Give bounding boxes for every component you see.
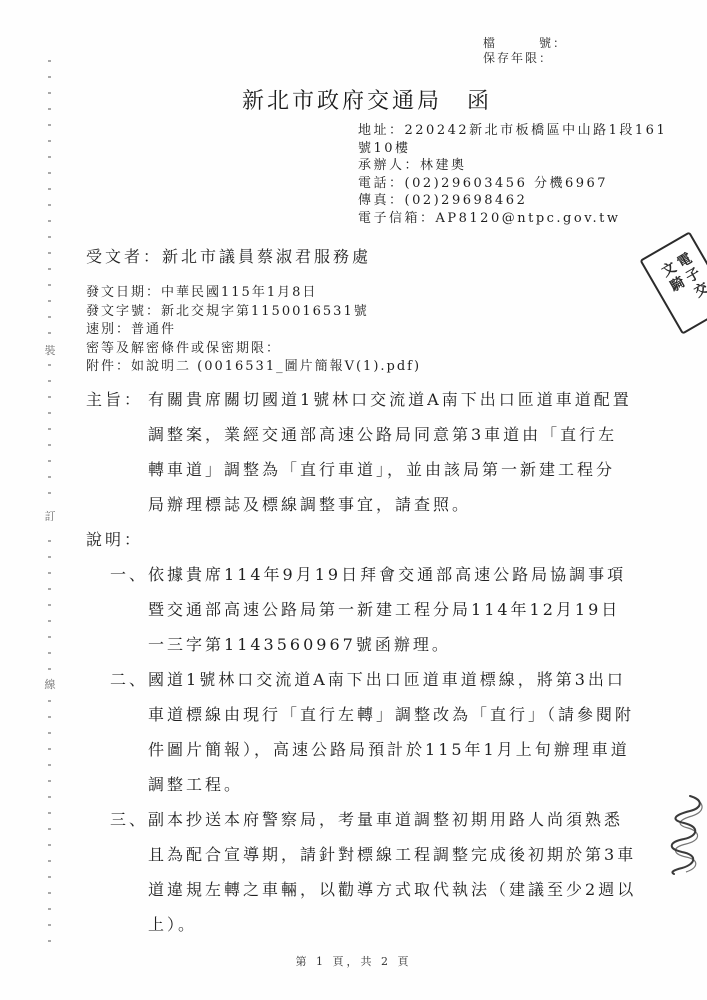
file-number-label: 檔 號： [483, 36, 567, 51]
description-item-2: 二、 國道1號林口交流道A南下出口匝道車道標線，將第3出口車道標線由現行「直行左… [86, 662, 666, 802]
retention-period-label: 保存年限： [483, 51, 567, 66]
issuance-meta: 發文日期：中華民國115年1月8日 發文字號：新北交規字第1150016531號… [86, 284, 421, 377]
doc-number-line: 發文字號：新北交規字第1150016531號 [86, 303, 421, 322]
sender-info: 地址：220242新北市板橋區中山路1段161 號10樓 承辦人：林建奧 電話：… [358, 122, 667, 227]
exchange-stamp-text: 電子交文騎 [656, 250, 707, 316]
item-text: 依據貴席114年9月19日拜會交通部高速公路局協調事項暨交通部高速公路局第一新建… [148, 557, 638, 662]
subject-text: 有關貴席關切國道1號林口交流道A南下出口匝道車道配置調整案，業經交通部高速公路局… [148, 382, 633, 522]
binding-mark-xian: 線 [42, 676, 58, 694]
sender-address-line2: 號10樓 [358, 140, 667, 158]
description-item-1: 一、 依據貴席114年9月19日拜會交通部高速公路局協調事項暨交通部高速公路局第… [86, 557, 666, 662]
sender-phone: 電話：(02)29603456 分機6967 [358, 175, 667, 193]
item-number: 一、 [110, 557, 148, 592]
attachment-line: 附件：如說明二 (0016531_圖片簡報V(1).pdf) [86, 358, 421, 377]
electronic-exchange-stamp-icon: 電子交文騎 [639, 231, 707, 334]
item-number: 三、 [110, 802, 148, 837]
item-number: 二、 [110, 662, 148, 697]
sender-contact-person: 承辦人：林建奧 [358, 157, 667, 175]
document-title: 新北市政府交通局 函 [242, 84, 492, 115]
subject-label: 主旨： [86, 382, 148, 417]
document-page: 裝 訂 線 檔 號： 保存年限： 新北市政府交通局 函 地址：220242新北市… [0, 0, 707, 1000]
recipient-line: 受文者：新北市議員蔡淑君服務處 [86, 244, 371, 267]
item-text: 國道1號林口交流道A南下出口匝道車道標線，將第3出口車道標線由現行「直行左轉」調… [148, 662, 638, 802]
item-text: 副本抄送本府警察局，考量車道調整初期用路人尚須熟悉且為配合宣導期，請針對標線工程… [148, 802, 638, 942]
archive-labels: 檔 號： 保存年限： [483, 36, 567, 66]
binding-dotted-line [48, 60, 51, 945]
sender-address-line1: 地址：220242新北市板橋區中山路1段161 [358, 122, 667, 140]
sender-email: 電子信箱：AP8120@ntpc.gov.tw [358, 210, 667, 228]
sender-fax: 傳真：(02)29698462 [358, 192, 667, 210]
subject-paragraph: 主旨： 有關貴席關切國道1號林口交流道A南下出口匝道車道配置調整案，業經交通部高… [86, 382, 666, 522]
speed-class-line: 速別：普通件 [86, 321, 421, 340]
binding-mark-ding: 訂 [42, 508, 58, 526]
binding-mark-zhuang: 裝 [42, 342, 58, 360]
description-label: 說明： [86, 522, 666, 557]
issue-date-line: 發文日期：中華民國115年1月8日 [86, 284, 421, 303]
page-footer: 第 1 頁，共 2 頁 [0, 953, 707, 969]
description-item-3: 三、 副本抄送本府警察局，考量車道調整初期用路人尚須熟悉且為配合宣導期，請針對標… [86, 802, 666, 942]
crumpled-seal-icon [660, 792, 706, 880]
secrecy-line: 密等及解密條件或保密期限： [86, 340, 421, 359]
page-number: 第 1 頁，共 2 頁 [296, 955, 412, 968]
letter-body: 主旨： 有關貴席關切國道1號林口交流道A南下出口匝道車道配置調整案，業經交通部高… [86, 382, 666, 942]
